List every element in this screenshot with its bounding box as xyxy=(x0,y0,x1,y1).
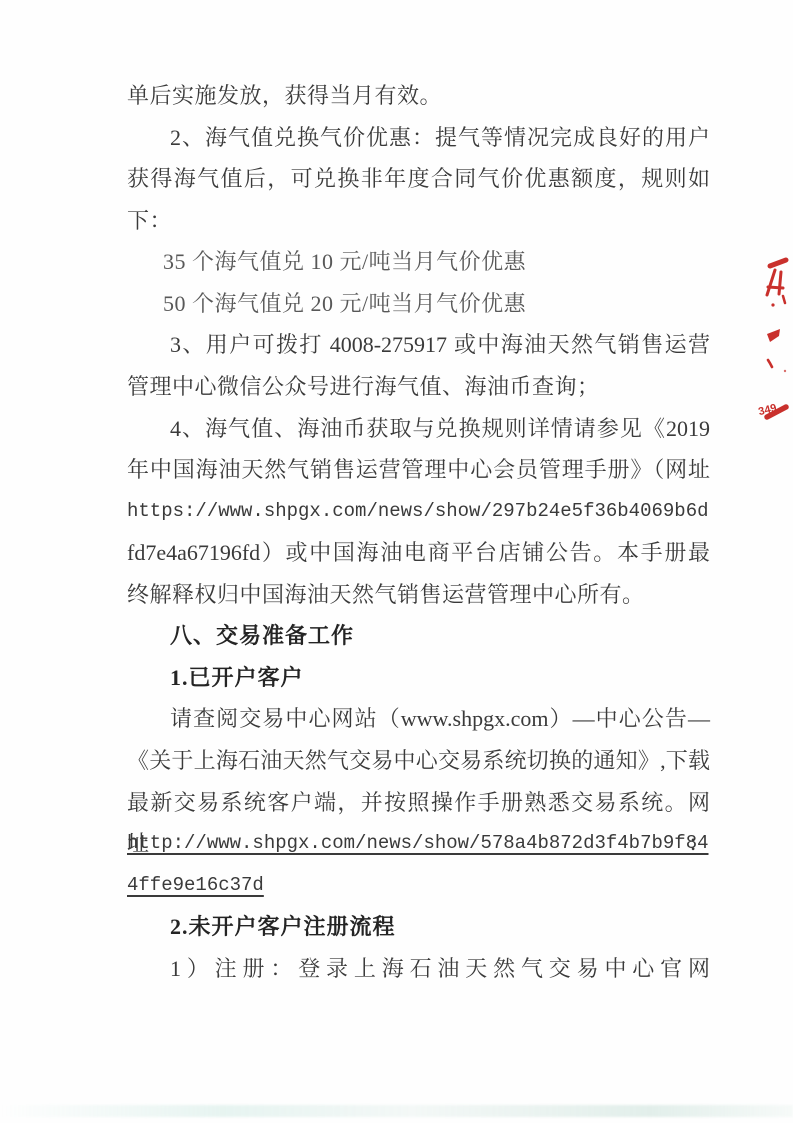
red-ink-wedge xyxy=(767,329,780,342)
body-text-line: fd7e4a67196fd）或中国海油电商平台店铺公告。本手册最 xyxy=(127,532,710,574)
body-text-line: 《关于上海石油天然气交易中心交易系统切换的通知》,下载 xyxy=(127,740,710,782)
scanner-artifact-streak xyxy=(0,1105,793,1117)
red-ink-character-fragment xyxy=(767,260,786,303)
body-text-line: 年中国海油天然气销售运营管理中心会员管理手册》（网址 xyxy=(127,449,710,491)
body-text-line: 请查阅交易中心网站（www.shpgx.com）—中心公告— xyxy=(127,698,710,740)
body-text-line: 单后实施发放，获得当月有效。 xyxy=(127,75,710,117)
body-text-line: 最新交易系统客户端，并按照操作手册熟悉交易系统。网址： xyxy=(127,782,710,824)
section-heading-trade-preparation: 八、交易准备工作 xyxy=(127,615,710,657)
body-text-line: 4、海气值、海油币获取与兑换规则详情请参见《2019 xyxy=(127,408,710,450)
underlined-url-line: http://www.shpgx.com/news/show/578a4b872… xyxy=(127,823,710,865)
red-ink-dot xyxy=(784,370,786,372)
body-text-line: 下： xyxy=(127,200,710,242)
scanned-document-page: 单后实施发放，获得当月有效。 2、海气值兑换气价优惠：提气等情况完成良好的用户 … xyxy=(0,0,793,1123)
underlined-url-line: 4ffe9e16c37d xyxy=(127,865,710,907)
body-text-line: 2、海气值兑换气价优惠：提气等情况完成良好的用户 xyxy=(127,117,710,159)
body-text-line: 终解释权归中国海油天然气销售运营管理中心所有。 xyxy=(127,574,710,616)
red-ink-tick xyxy=(768,360,772,367)
body-text-line: 管理中心微信公众号进行海气值、海油币查询； xyxy=(127,366,710,408)
body-text-line: 3、用户可拨打 4008-275917 或中海油天然气销售运营 xyxy=(127,324,710,366)
body-text-line: 1）注册：登录上海石油天然气交易中心官网 xyxy=(127,948,710,990)
url-text-line: https://www.shpgx.com/news/show/297b24e5… xyxy=(127,491,710,533)
exchange-rule-line: 35 个海气值兑 10 元/吨当月气价优惠 xyxy=(127,241,710,283)
subsection-heading-existing-customers: 1.已开户客户 xyxy=(127,657,710,699)
red-ink-dot xyxy=(771,303,774,306)
red-ink-annotation: 349 xyxy=(748,255,793,425)
subsection-heading-new-customer-registration: 2.未开户客户注册流程 xyxy=(127,906,710,948)
document-text-column: 单后实施发放，获得当月有效。 2、海气值兑换气价优惠：提气等情况完成良好的用户 … xyxy=(127,75,710,989)
exchange-rule-line: 50 个海气值兑 20 元/吨当月气价优惠 xyxy=(127,283,710,325)
body-text-line: 获得海气值后，可兑换非年度合同气价优惠额度，规则如 xyxy=(127,158,710,200)
